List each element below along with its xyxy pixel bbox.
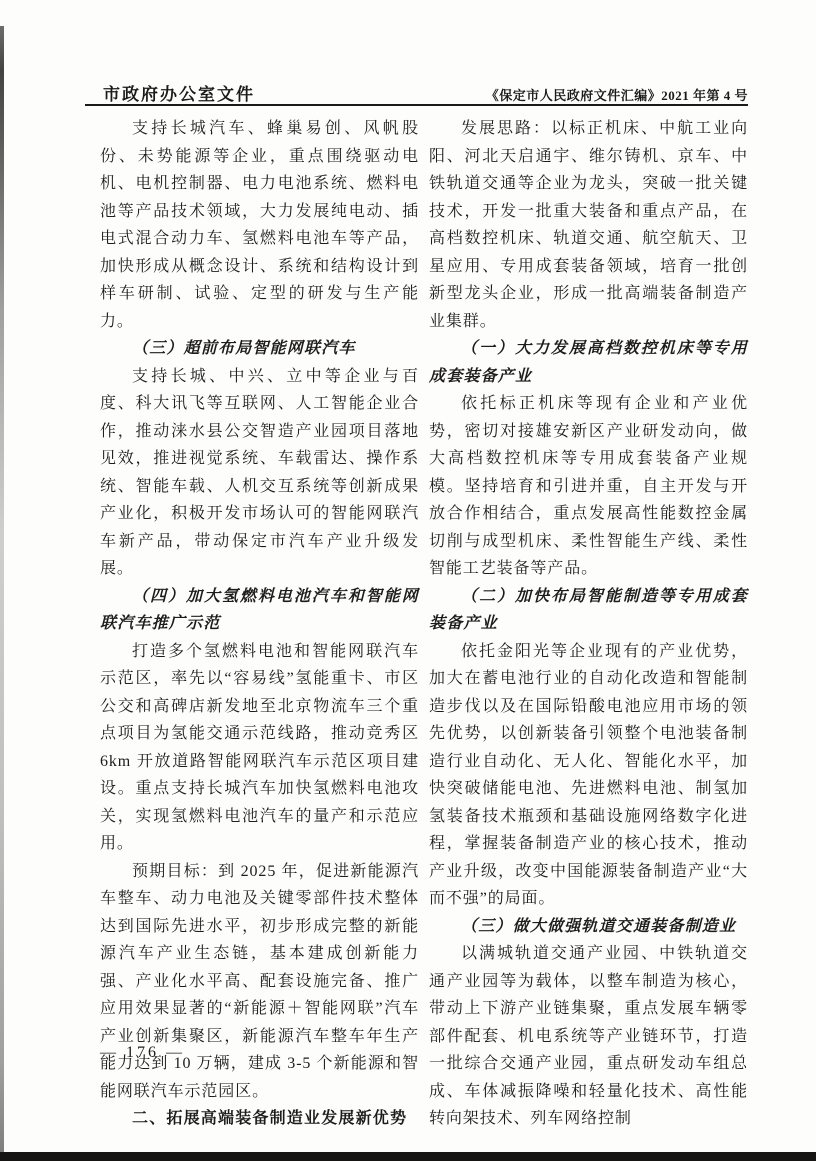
document-content: 支持长城汽车、蜂巢易创、风帆股份、未势能源等企业，重点围绕驱动电机、电机控制器、…	[100, 115, 748, 1133]
paragraph: 依托金阳光等企业现有的产业优势，加大在蓄电池行业的自动化改造和智能制造步伐以及在…	[429, 638, 748, 913]
page-number: — 176 —	[100, 1044, 185, 1062]
paragraph: 依托标正机床等现有企业和产业优势，密切对接雄安新区产业研发动向，做大高档数控机床…	[429, 390, 748, 583]
paragraph: 以满城轨道交通产业园、中铁轨道交通产业园等为载体，以整车制造为核心，带动上下游产…	[429, 940, 748, 1133]
section-subheading: （三）超前布局智能网联汽车	[100, 335, 419, 363]
paragraph: 支持长城汽车、蜂巢易创、风帆股份、未势能源等企业，重点围绕驱动电机、电机控制器、…	[100, 115, 419, 335]
section-subheading: （一）大力发展高档数控机床等专用成套装备产业	[429, 335, 748, 390]
section-subheading: （三）做大做强轨道交通装备制造业	[429, 913, 748, 941]
column-right: 发展思路：以标正机床、中航工业向阳、河北天启通宇、维尔铸机、京车、中铁轨道交通等…	[429, 115, 748, 1133]
section-subheading: （二）加快布局智能制造等专用成套装备产业	[429, 583, 748, 638]
header-rule	[85, 104, 748, 106]
section-subheading: （四）加大氢燃料电池汽车和智能网联汽车推广示范	[100, 583, 419, 638]
header-right-title: 《保定市人民政府文件汇编》2021 年第 4 号	[486, 85, 748, 104]
paragraph: 打造多个氢燃料电池和智能网联汽车示范区，率先以“容易线”氢能重卡、市区公交和高碑…	[100, 638, 419, 858]
paragraph: 预期目标：到 2025 年，促进新能源汽车整车、动力电池及关键零部件技术整体达到…	[100, 858, 419, 1106]
header-left-title: 市政府办公室文件	[103, 80, 255, 105]
section-heading: 二、拓展高端装备制造业发展新优势	[100, 1105, 419, 1133]
scan-edge-bottom	[0, 1152, 816, 1161]
column-left: 支持长城汽车、蜂巢易创、风帆股份、未势能源等企业，重点围绕驱动电机、电机控制器、…	[100, 115, 419, 1133]
scan-edge-left	[0, 26, 4, 1152]
paragraph: 支持长城、中兴、立中等企业与百度、科大讯飞等互联网、人工智能企业合作，推动涞水县…	[100, 363, 419, 583]
paragraph: 发展思路：以标正机床、中航工业向阳、河北天启通宇、维尔铸机、京车、中铁轨道交通等…	[429, 115, 748, 335]
